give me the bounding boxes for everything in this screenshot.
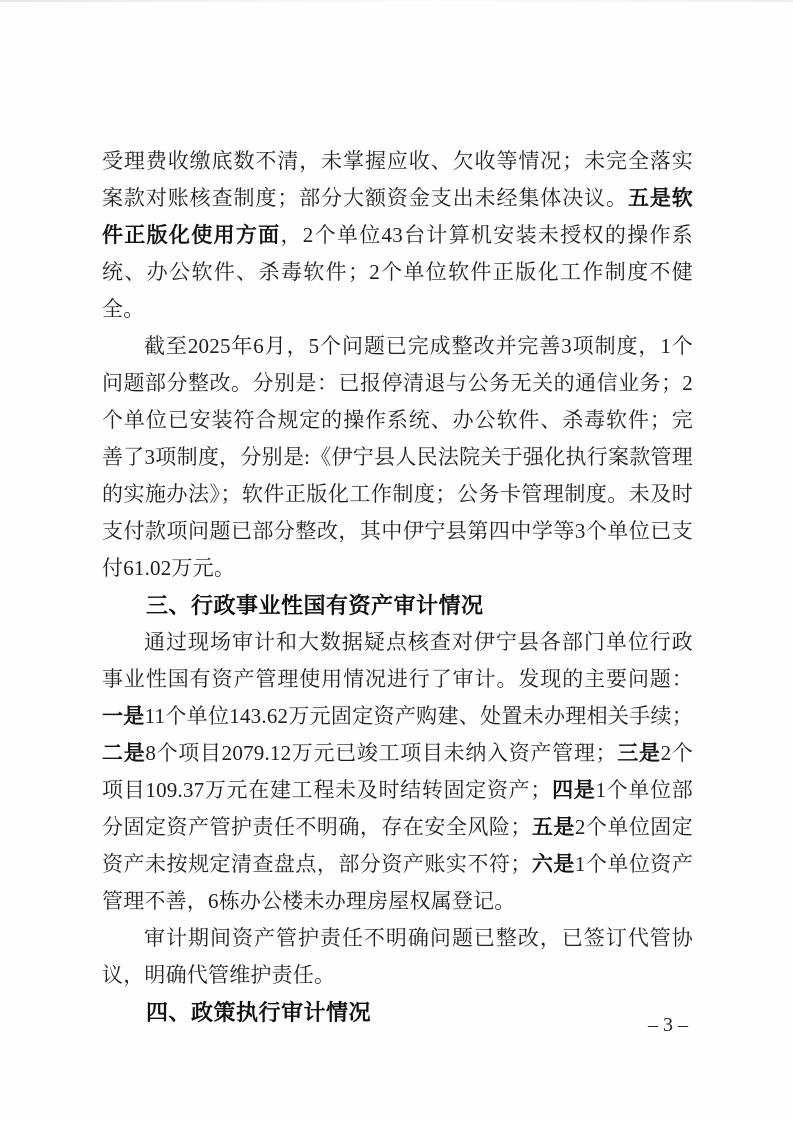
bold-marker-run: 一是 <box>102 704 145 728</box>
page-number: – 3 – <box>628 1012 708 1038</box>
paragraph-custody-rectification: 审计期间资产管护责任不明确问题已整改，已签订代管协议，明确代管维护责任。 <box>102 920 693 994</box>
bold-marker-run: 二是 <box>102 741 145 765</box>
document-body: 受理费收缴底数不清，未掌握应收、欠收等情况；未完全落实案款对账核查制度；部分大额… <box>102 143 693 1031</box>
paragraph-continuation: 受理费收缴底数不清，未掌握应收、欠收等情况；未完全落实案款对账核查制度；部分大额… <box>102 143 693 328</box>
bold-marker-run: 五是 <box>532 815 575 839</box>
text-run: 截至2025年6月，5个问题已完成整改并完善3项制度，1个问题部分整改。分别是：… <box>102 334 693 580</box>
text-run: 11个单位143.62万元固定资产购建、处置未办理相关手续； <box>145 704 693 728</box>
text-run: 8个项目2079.12万元已竣工项目未纳入资产管理； <box>145 741 616 765</box>
scan-edge-artifact <box>0 0 793 2</box>
section-heading-three: 三、行政事业性国有资产审计情况 <box>102 587 693 624</box>
document-page: 受理费收缴底数不清，未掌握应收、欠收等情况；未完全落实案款对账核查制度；部分大额… <box>0 0 793 1121</box>
text-run: 审计期间资产管护责任不明确问题已整改，已签订代管协议，明确代管维护责任。 <box>102 926 693 987</box>
bold-marker-run: 三是 <box>617 741 661 765</box>
text-run: 通过现场审计和大数据疑点核查对伊宁县各部门单位行政事业性国有资产管理使用情况进行… <box>102 630 693 691</box>
text-run: 受理费收缴底数不清，未掌握应收、欠收等情况；未完全落实案款对账核查制度；部分大额… <box>102 149 693 210</box>
paragraph-rectification-status: 截至2025年6月，5个问题已完成整改并完善3项制度，1个问题部分整改。分别是：… <box>102 328 693 587</box>
section-heading-four: 四、政策执行审计情况 <box>102 994 693 1031</box>
bold-marker-run: 六是 <box>532 852 575 876</box>
paragraph-asset-audit-findings: 通过现场审计和大数据疑点核查对伊宁县各部门单位行政事业性国有资产管理使用情况进行… <box>102 624 693 920</box>
bold-marker-run: 四是 <box>552 778 596 802</box>
